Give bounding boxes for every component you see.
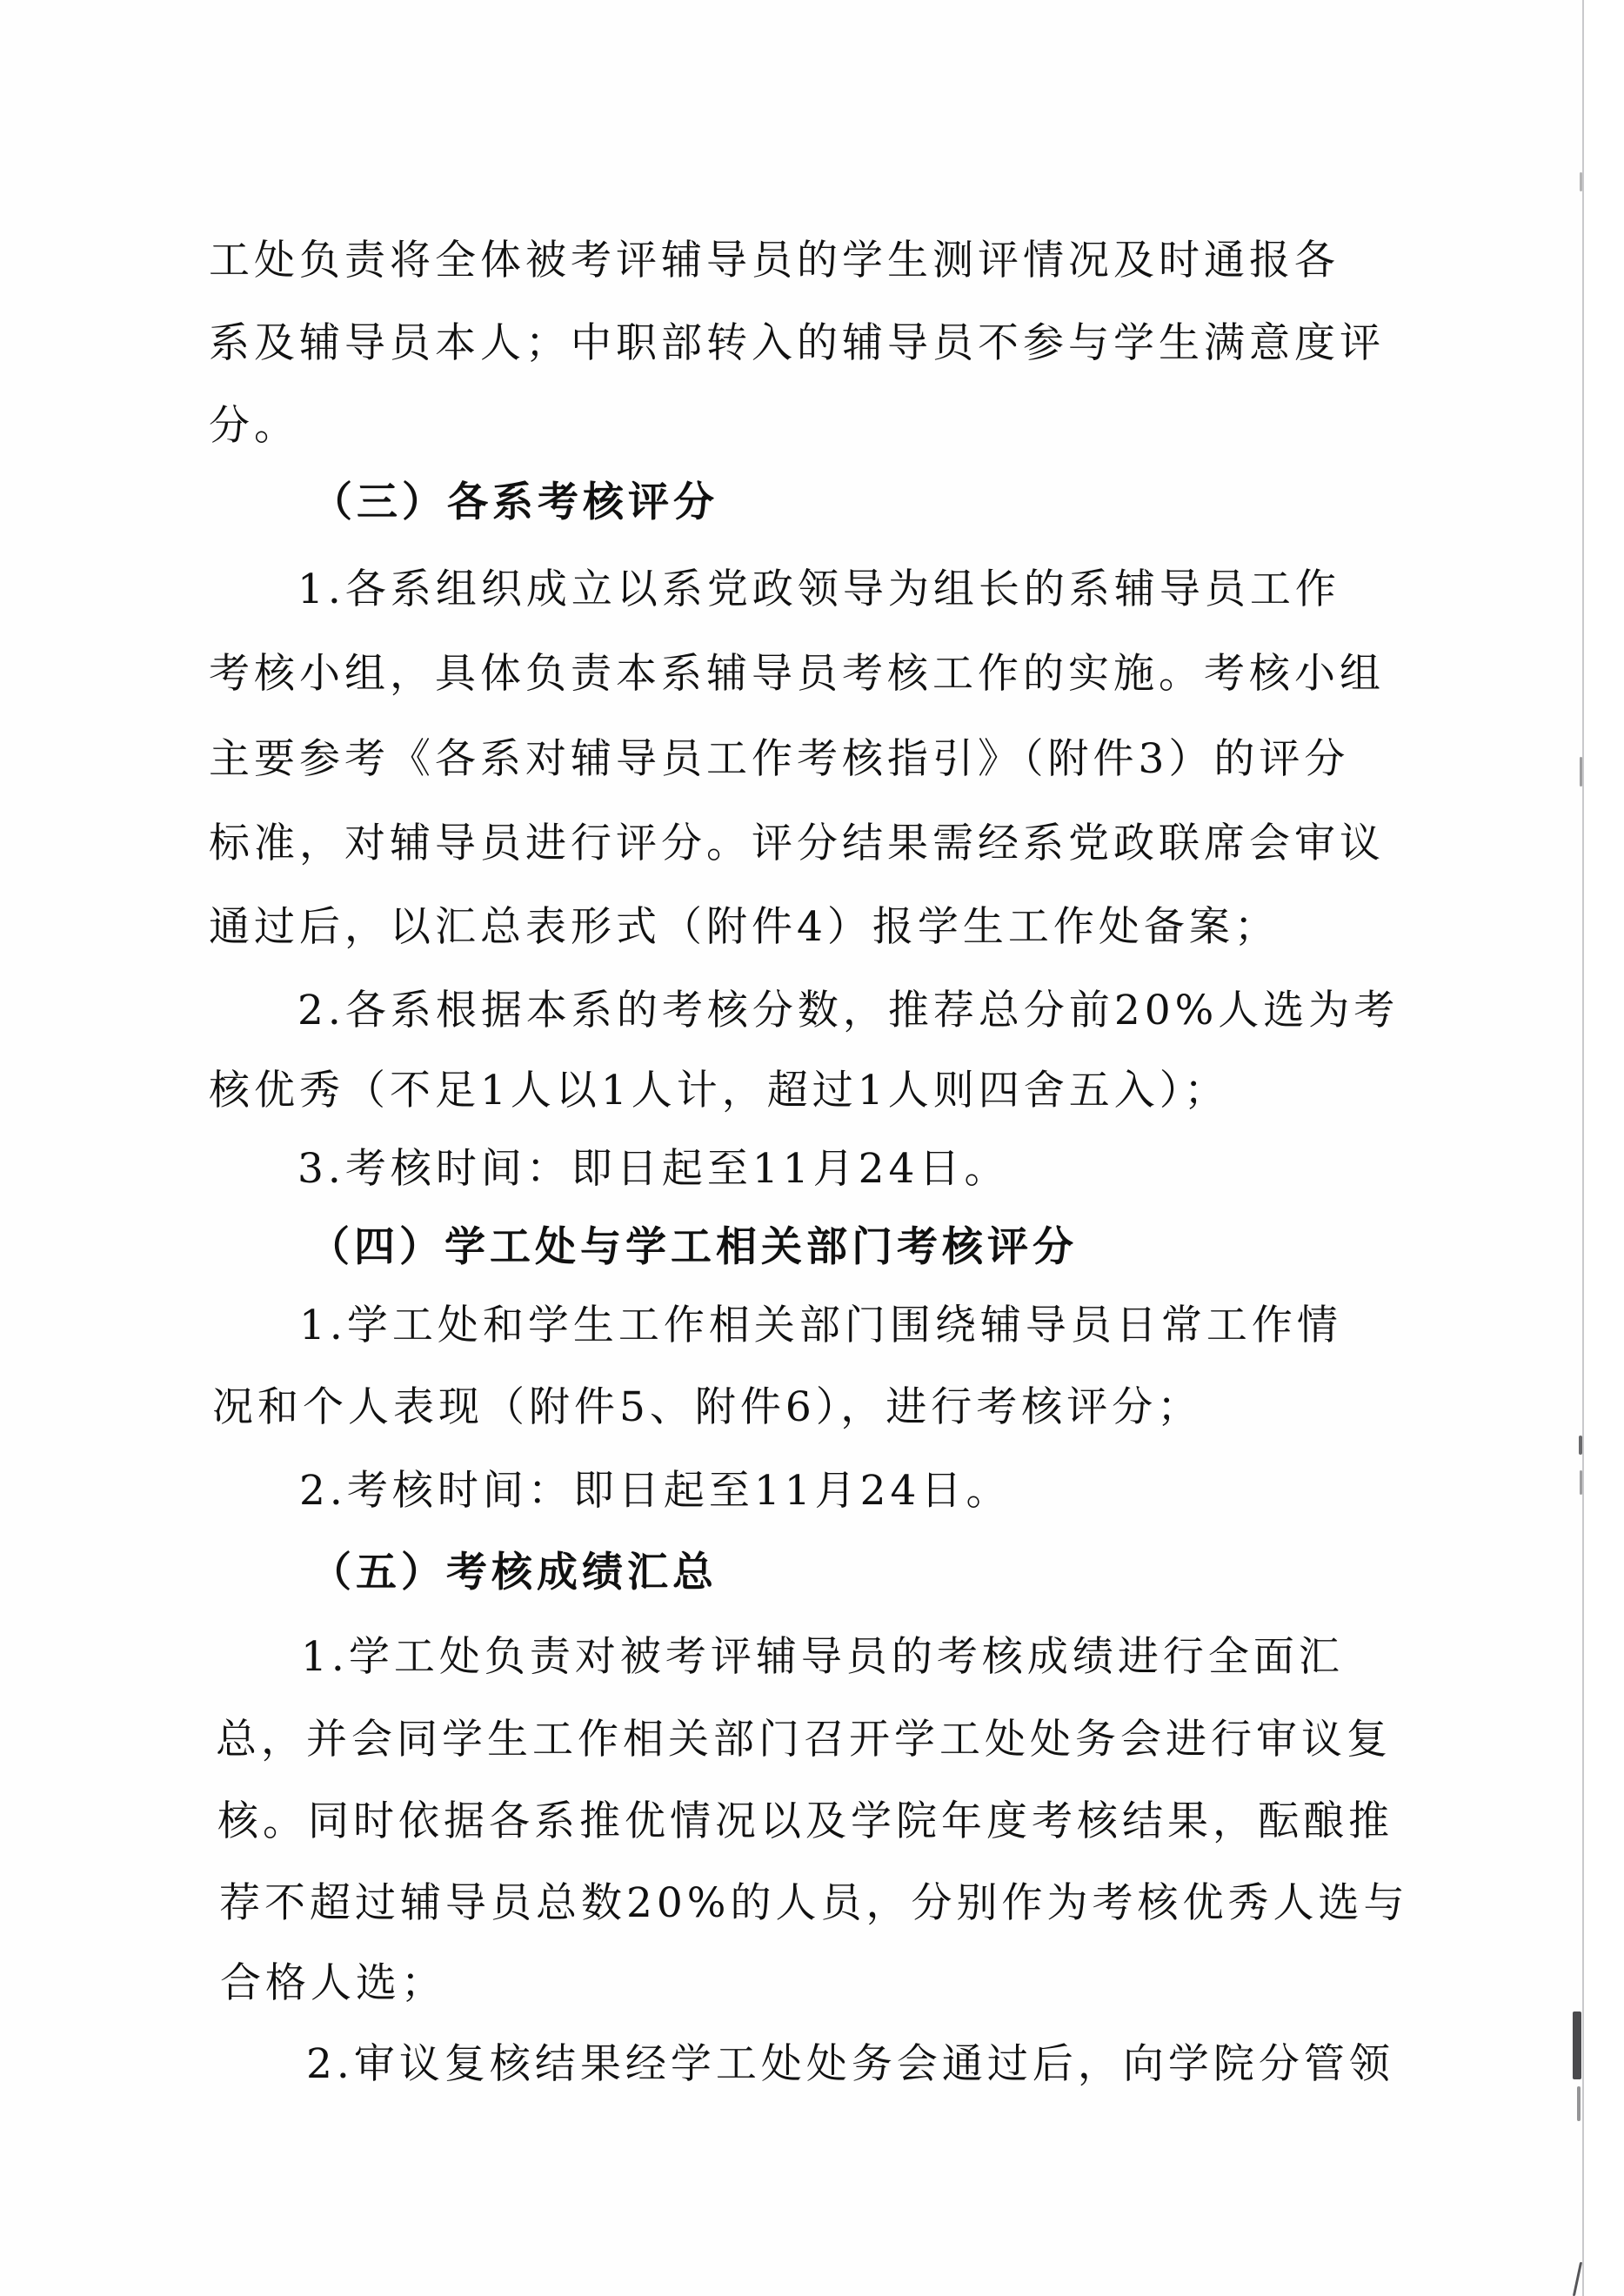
body-line: 系及辅导员本人；中职部转入的辅导员不参与学生满意度评 bbox=[209, 318, 1385, 370]
body-line: 况和个人表现（附件5、附件6），进行考核评分； bbox=[212, 1382, 1202, 1434]
section-heading-5: （五）考核成绩汇总 bbox=[311, 1547, 718, 1599]
body-line: 考核小组，具体负责本系辅导员考核工作的实施。考核小组 bbox=[209, 648, 1385, 700]
section-heading-3: （三）各系考核评分 bbox=[311, 477, 718, 529]
body-line: 合格人选； bbox=[220, 1958, 446, 2010]
body-line: 主要参考《各系对辅导员工作考核指引》（附件3）的评分 bbox=[209, 733, 1349, 786]
body-line: 核优秀（不足1人以1人计，超过1人则四舍五入）； bbox=[209, 1065, 1229, 1117]
body-line: 通过后，以汇总表形式（附件4）报学生工作处备案； bbox=[209, 901, 1280, 954]
scan-artifact bbox=[1579, 1436, 1582, 1455]
scan-artifact bbox=[1580, 1470, 1582, 1495]
body-line: 总，并会同学生工作相关部门召开学工处处务会进行审议复 bbox=[216, 1714, 1392, 1766]
body-line: 2.审议复核结果经学工处处务会通过后，向学院分管领 bbox=[306, 2038, 1394, 2091]
body-line: 1.学工处和学生工作相关部门围绕辅导员日常工作情 bbox=[299, 1300, 1342, 1352]
body-line: 核。同时依据各系推优情况以及学院年度考核结果，酝酿推 bbox=[217, 1796, 1393, 1848]
scan-artifact bbox=[1577, 2086, 1581, 2121]
body-line: 3.考核时间：即日起至11月24日。 bbox=[297, 1143, 1009, 1195]
scanned-page: 工处负责将全体被考评辅导员的学生测评情况及时通报各 系及辅导员本人；中职部转入的… bbox=[0, 0, 1624, 2296]
body-line: 工处负责将全体被考评辅导员的学生测评情况及时通报各 bbox=[209, 235, 1340, 287]
body-line: 1.各系组织成立以系党政领导为组长的系辅导员工作 bbox=[297, 564, 1340, 616]
scan-margin bbox=[1584, 0, 1624, 2296]
scan-artifact bbox=[1580, 757, 1582, 787]
body-line: 2.各系根据本系的考核分数，推荐总分前20%人选为考 bbox=[297, 985, 1399, 1037]
scan-artifact bbox=[1580, 172, 1582, 191]
body-line: 荐不超过辅导员总数20%的人员，分别作为考核优秀人选与 bbox=[219, 1878, 1408, 1930]
body-line: 标准，对辅导员进行评分。评分结果需经系党政联席会审议 bbox=[209, 818, 1385, 870]
scan-artifact bbox=[1573, 2262, 1582, 2296]
scan-artifact bbox=[1573, 2012, 1581, 2079]
body-line: 2.考核时间：即日起至11月24日。 bbox=[299, 1465, 1011, 1517]
body-line: 分。 bbox=[209, 400, 299, 452]
body-line: 1.学工处负责对被考评辅导员的考核成绩进行全面汇 bbox=[301, 1631, 1344, 1684]
section-heading-4: （四）学工处与学工相关部门考核评分 bbox=[309, 1222, 1078, 1274]
